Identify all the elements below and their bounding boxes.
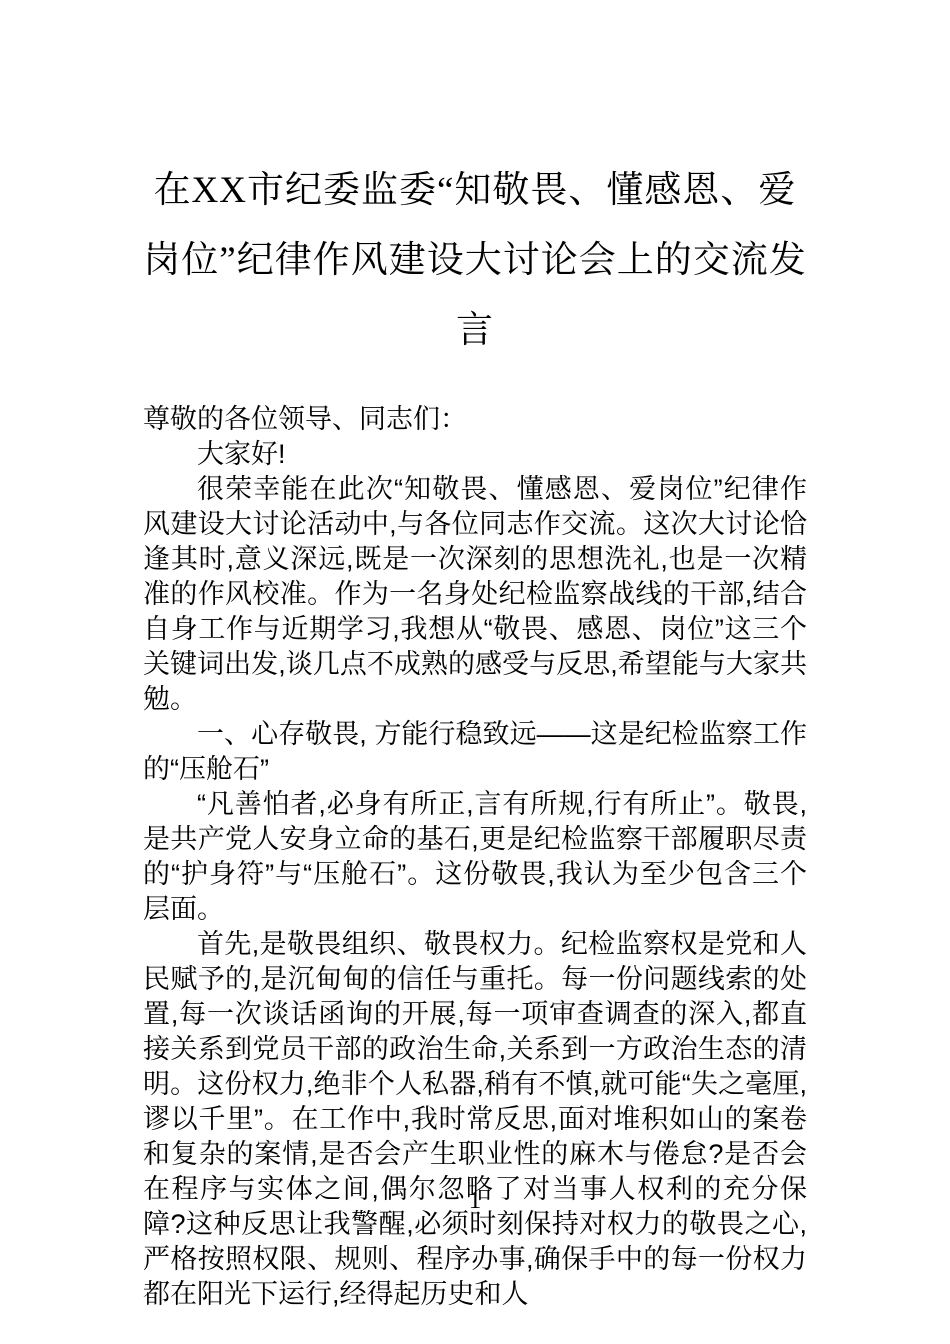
page-number: 1 — [0, 1186, 950, 1216]
paragraph: 大家好! — [143, 437, 807, 472]
document-page: 在XX市纪委监委“知敬畏、懂感恩、爱岗位”纪律作风建设大讨论会上的交流发言 尊敬… — [0, 0, 950, 1344]
paragraph: “凡善怕者,必身有所正,言有所规,行有所止”。敬畏,是共产党人安身立命的基石,更… — [143, 787, 807, 927]
paragraph: 首先,是敬畏组织、敬畏权力。纪检监察权是党和人民赋予的,是沉甸甸的信任与重托。每… — [143, 927, 807, 1312]
paragraph: 尊敬的各位领导、同志们： — [143, 402, 807, 437]
document-body: 尊敬的各位领导、同志们：大家好!很荣幸能在此次“知敬畏、懂感恩、爱岗位”纪律作风… — [143, 402, 807, 1312]
section-heading: 一、心存敬畏, 方能行稳致远——这是纪检监察工作的“压舱石” — [143, 717, 807, 787]
paragraph: 很荣幸能在此次“知敬畏、懂感恩、爱岗位”纪律作风建设大讨论活动中,与各位同志作交… — [143, 472, 807, 717]
document-title: 在XX市纪委监委“知敬畏、懂感恩、爱岗位”纪律作风建设大讨论会上的交流发言 — [143, 0, 807, 366]
